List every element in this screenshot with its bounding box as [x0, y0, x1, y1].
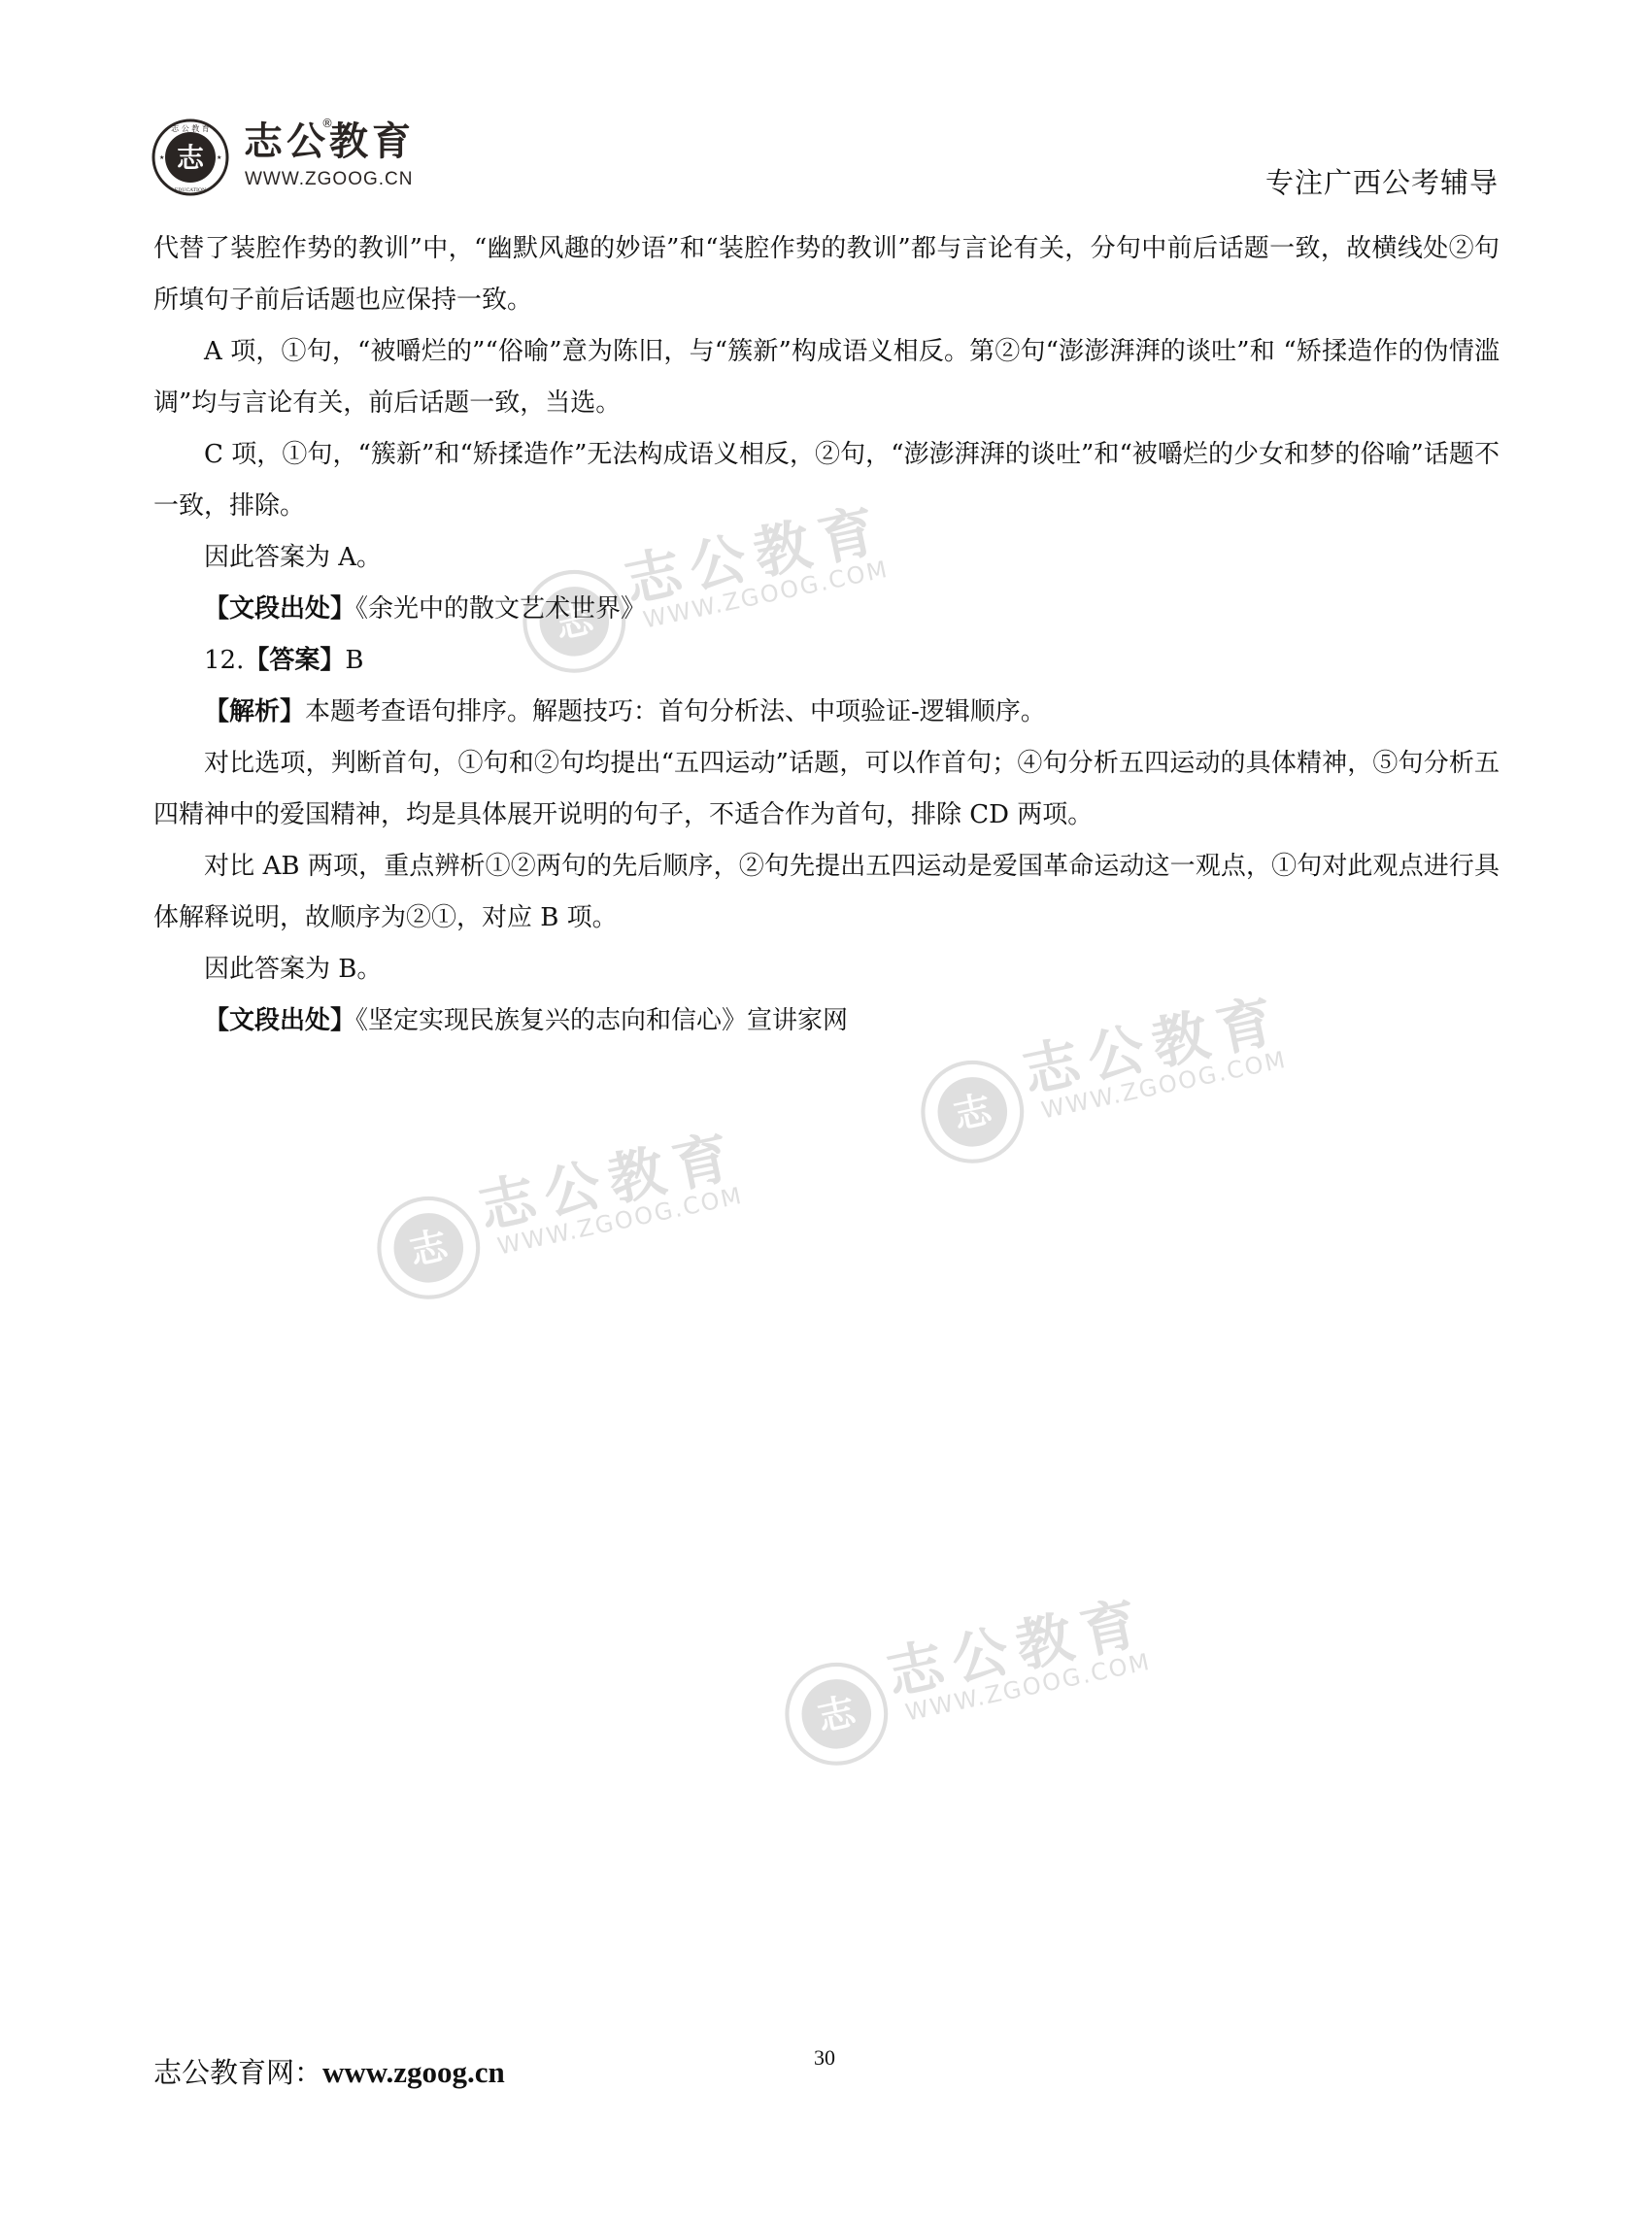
watermark-seal-icon: 志 — [365, 1185, 491, 1311]
source-title: 《坚定实现民族复兴的志向和信心》宣讲家网 — [355, 1006, 848, 1035]
zhigong-seal-icon: 志 志 公 教 育 ★ ★ EDUCATION — [152, 118, 229, 196]
watermark-seal-icon: 志 — [909, 1049, 1035, 1175]
footer-site-label: 志公教育网： — [153, 2056, 322, 2089]
watermark-url: WWW.ZGOOG.COM — [903, 1648, 1154, 1727]
page-number: 30 — [814, 2045, 835, 2071]
paragraph-option-c: C 项，①句，“簇新”和“矫揉造作”无法构成语义相反，②句，“澎澎湃湃的谈吐”和… — [153, 429, 1500, 532]
paragraph-analysis-12: 【解析】本题考查语句排序。解题技巧：首句分析法、中项验证-逻辑顺序。 — [153, 687, 1500, 738]
header-tagline: 专注广西公考辅导 — [1265, 161, 1499, 201]
source-title: 《余光中的散文艺术世界》 — [355, 594, 646, 624]
paragraph-compare-ab: 对比 AB 两项，重点辨析①②两句的先后顺序，②句先提出五四运动是爱国革命运动这… — [153, 841, 1500, 944]
header-logo: 志 志 公 教 育 ★ ★ EDUCATION 志公教育 ® WWW.ZGOOG… — [152, 118, 443, 196]
svg-text:★: ★ — [217, 154, 221, 161]
watermark: 志 志公教育 WWW.ZGOOG.COM — [763, 1544, 1180, 1796]
footer-site: 志公教育网：www.zgoog.cn — [153, 2051, 505, 2091]
source-label: 【文段出处】 — [204, 594, 355, 624]
registered-mark: ® — [321, 117, 333, 130]
watermark-url: WWW.ZGOOG.COM — [1039, 1046, 1290, 1125]
svg-text:EDUCATION: EDUCATION — [175, 187, 207, 193]
paragraph-source-11: 【文段出处】《余光中的散文艺术世界》 — [153, 584, 1500, 635]
paragraph-first-sentence: 对比选项，判断首句，①句和②句均提出“五四运动”话题，可以作首句；④句分析五四运… — [153, 738, 1500, 841]
answer-label: 【答案】 — [244, 646, 345, 675]
question-number: 12. — [204, 646, 244, 675]
watermark-brand: 志公教育 — [878, 1575, 1154, 1710]
svg-text:志: 志 — [406, 1224, 453, 1274]
svg-text:志: 志 — [950, 1088, 996, 1138]
analysis-label: 【解析】 — [204, 697, 305, 726]
paragraph-answer-12-heading: 12.【答案】B — [153, 635, 1500, 687]
watermark-url: WWW.ZGOOG.COM — [495, 1182, 746, 1261]
svg-text:志: 志 — [814, 1690, 860, 1740]
answer-value: B — [345, 646, 363, 675]
paragraph-answer-11: 因此答案为 A。 — [153, 532, 1500, 584]
footer-site-url[interactable]: www.zgoog.cn — [322, 2055, 505, 2089]
watermark: 志 志公教育 WWW.ZGOOG.COM — [355, 1078, 772, 1330]
document-body: 代替了装腔作势的教训”中，“幽默风趣的妙语”和“装腔作势的教训”都与言论有关，分… — [153, 223, 1500, 1047]
watermark-seal-icon: 志 — [773, 1651, 899, 1777]
paragraph-answer-12: 因此答案为 B。 — [153, 944, 1500, 995]
paragraph-source-12: 【文段出处】《坚定实现民族复兴的志向和信心》宣讲家网 — [153, 995, 1500, 1047]
svg-text:志 公 教 育: 志 公 教 育 — [171, 123, 210, 133]
paragraph-option-a: A 项，①句，“被嚼烂的”“俗喻”意为陈旧，与“簇新”构成语义相反。第②句“澎澎… — [153, 326, 1500, 429]
watermark-brand: 志公教育 — [470, 1109, 746, 1244]
paragraph-continuation: 代替了装腔作势的教训”中，“幽默风趣的妙语”和“装腔作势的教训”都与言论有关，分… — [153, 223, 1500, 326]
svg-text:★: ★ — [159, 154, 164, 161]
logo-url: WWW.ZGOOG.CN — [245, 169, 413, 190]
svg-text:志: 志 — [177, 142, 205, 174]
analysis-text: 本题考查语句排序。解题技巧：首句分析法、中项验证-逻辑顺序。 — [305, 697, 1046, 726]
source-label: 【文段出处】 — [204, 1006, 355, 1035]
